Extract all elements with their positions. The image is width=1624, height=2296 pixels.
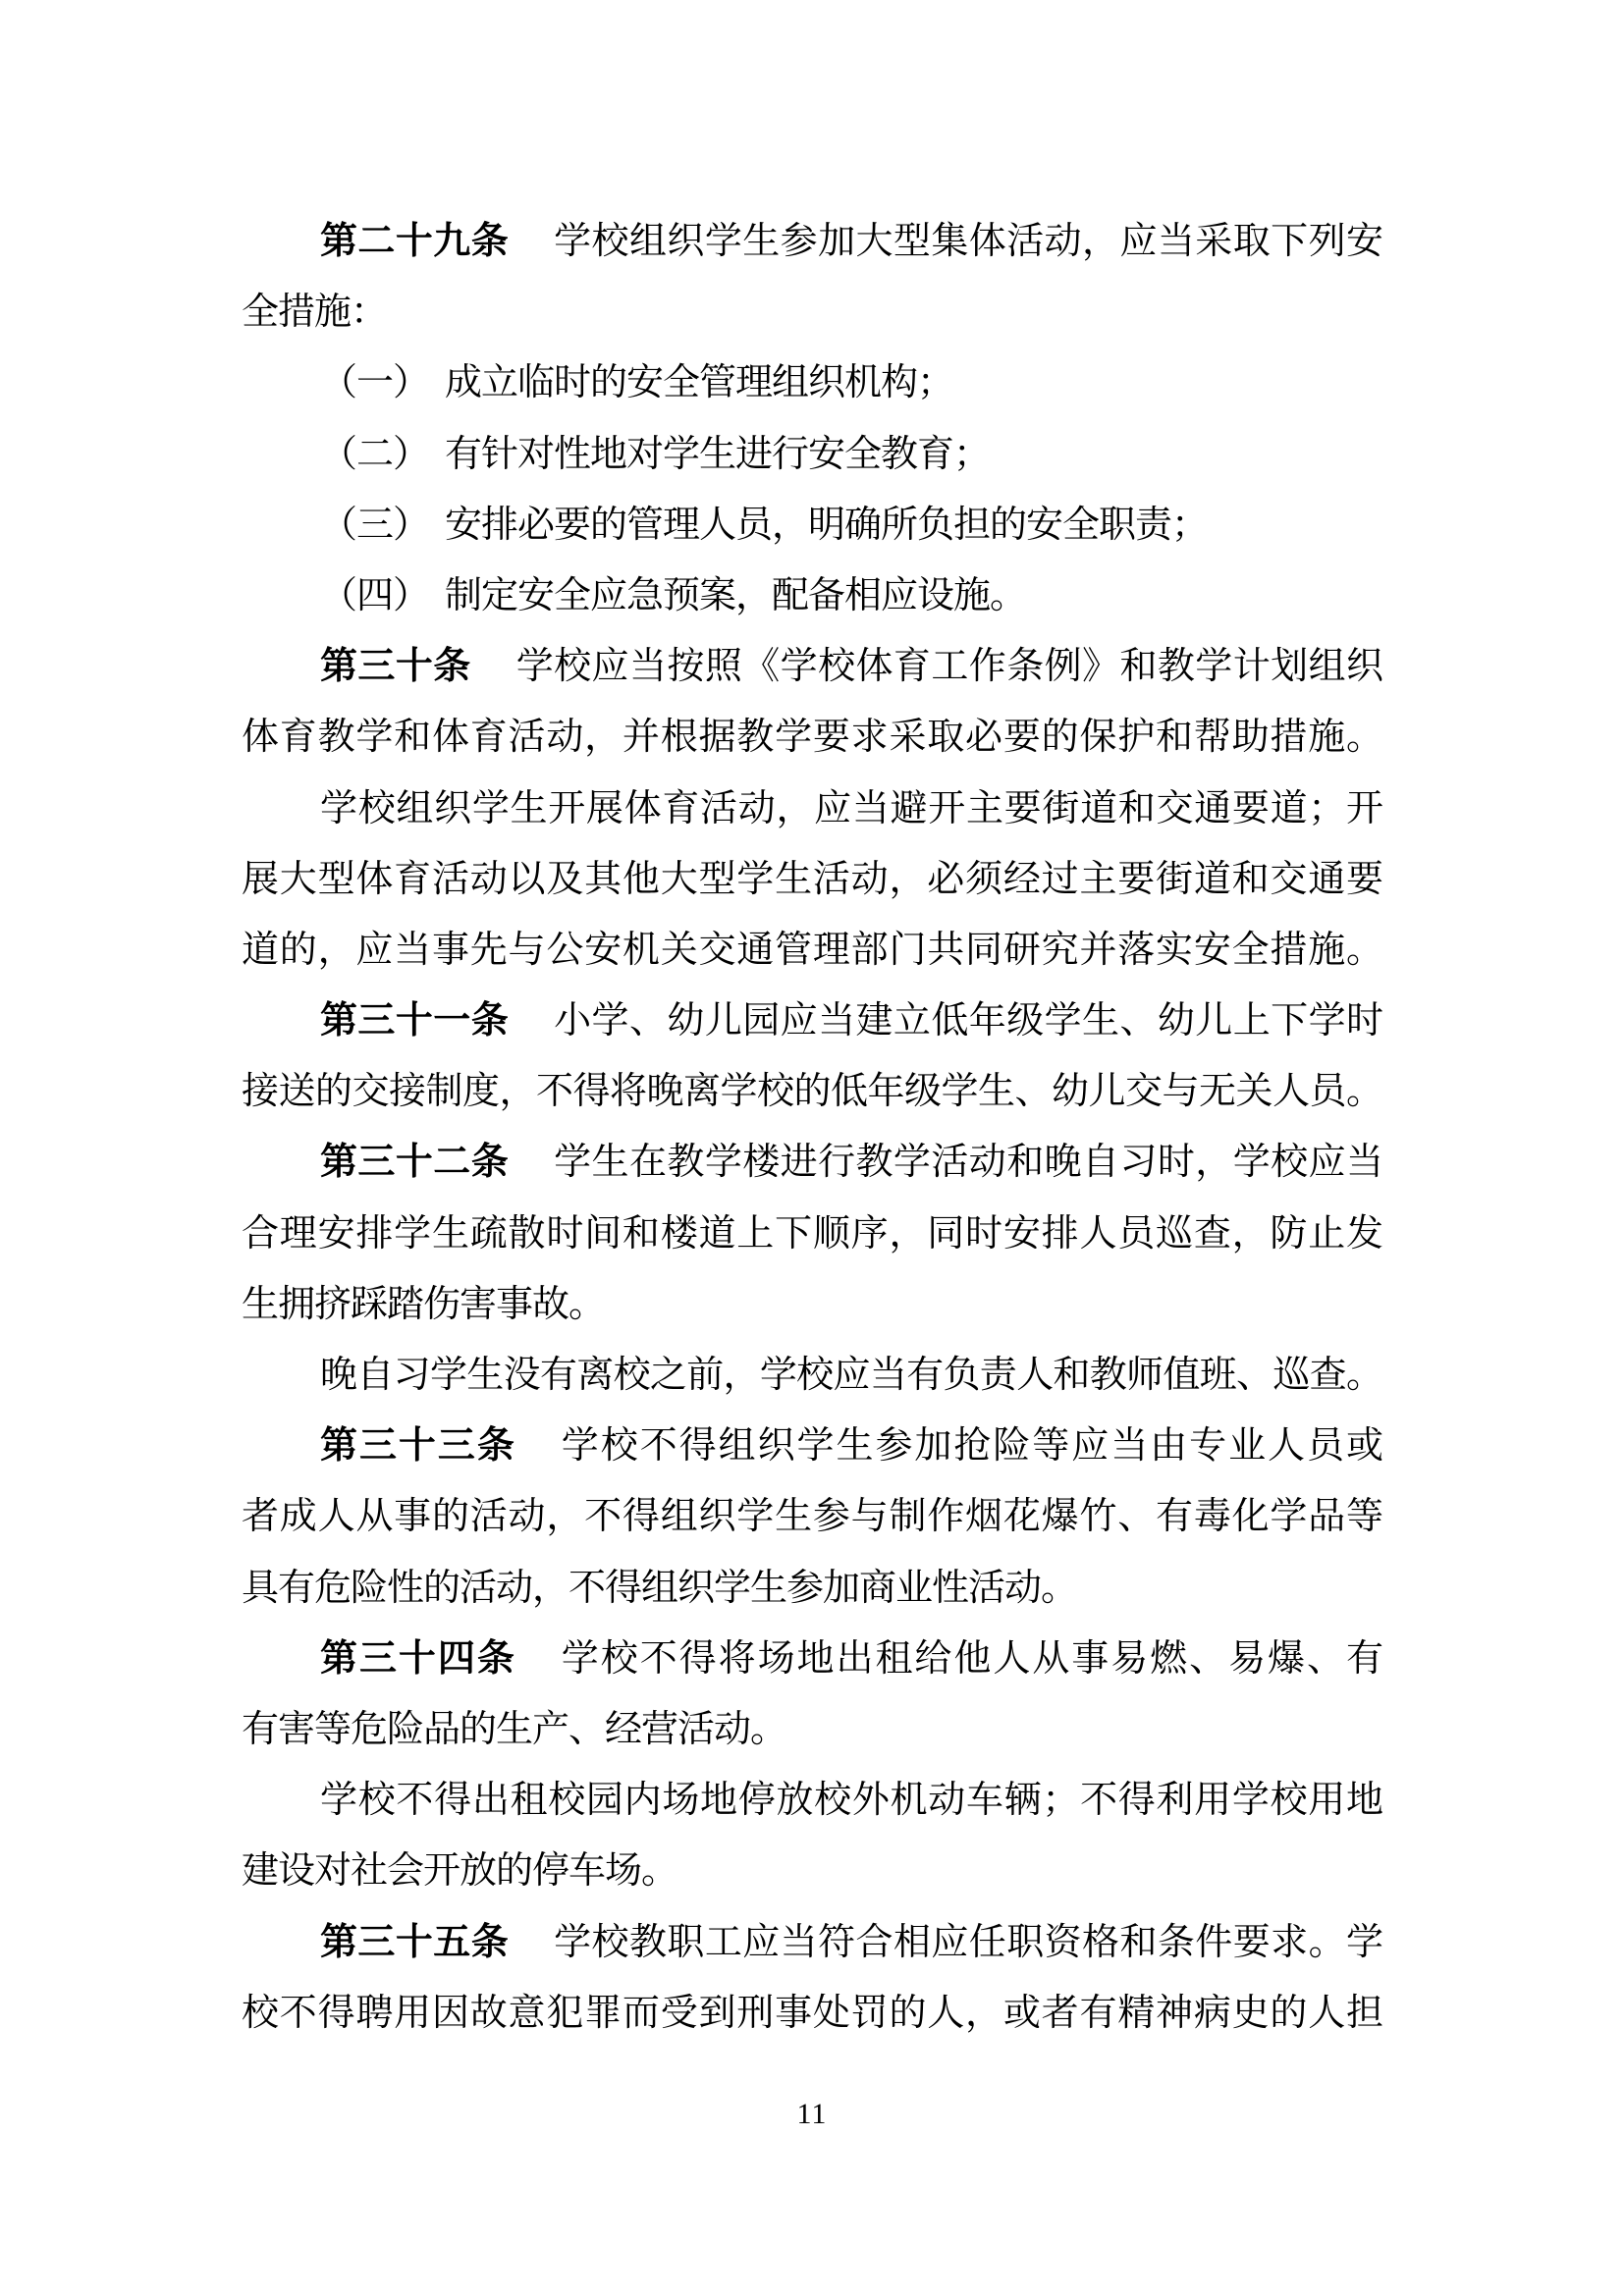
article-number: 第三十二条 xyxy=(320,1142,509,1183)
article-number: 第三十一条 xyxy=(320,1000,509,1041)
line-text: 学生在教学楼进行教学活动和晚自习时，学校应当 xyxy=(554,1142,1382,1183)
text-line: 展大型体育活动以及其他大型学生活动，必须经过主要街道和交通要 xyxy=(242,844,1382,915)
text-line: 校不得聘用因故意犯罪而受到刑事处罚的人，或者有精神病史的人担 xyxy=(242,1978,1382,2049)
text-line: 学校不得出租校园内场地停放校外机动车辆；不得利用学校用地 xyxy=(242,1765,1382,1836)
text-line: 第三十二条学生在教学楼进行教学活动和晚自习时，学校应当 xyxy=(242,1127,1382,1198)
text-line: 第三十四条学校不得将场地出租给他人从事易燃、易爆、有毒、 xyxy=(242,1624,1382,1694)
text-line: 第三十五条学校教职工应当符合相应任职资格和条件要求。学 xyxy=(242,1907,1382,1978)
text-line: （四）制定安全应急预案，配备相应设施。 xyxy=(242,561,1382,631)
line-text: 学校不得组织学生参加抢险等应当由专业人员或 xyxy=(562,1425,1382,1467)
document-page: 第二十九条学校组织学生参加大型集体活动，应当采取下列安全措施：（一）成立临时的安… xyxy=(0,0,1624,2296)
text-line: 第三十三条学校不得组织学生参加抢险等应当由专业人员或 xyxy=(242,1411,1382,1481)
line-text: 小学、幼儿园应当建立低年级学生、幼儿上下学时 xyxy=(554,1000,1382,1041)
text-line: 学校组织学生开展体育活动，应当避开主要街道和交通要道；开 xyxy=(242,774,1382,844)
text-line: 第三十条学校应当按照《学校体育工作条例》和教学计划组织 xyxy=(242,631,1382,702)
text-line: 建设对社会开放的停车场。 xyxy=(242,1836,1382,1906)
document-body: 第二十九条学校组织学生参加大型集体活动，应当采取下列安全措施：（一）成立临时的安… xyxy=(242,206,1382,2049)
line-text: 具有危险性的活动，不得组织学生参加商业性活动。 xyxy=(242,1568,1077,1609)
text-line: 体育教学和体育活动，并根据教学要求采取必要的保护和帮助措施。 xyxy=(242,702,1382,773)
text-line: （三）安排必要的管理人员，明确所负担的安全职责； xyxy=(242,490,1382,561)
list-marker: （二） xyxy=(320,434,429,475)
line-text: 有针对性地对学生进行安全教育； xyxy=(445,434,990,475)
line-text: 生拥挤踩踏伤害事故。 xyxy=(242,1284,605,1325)
line-text: 学校应当按照《学校体育工作条例》和教学计划组织 xyxy=(516,646,1382,687)
article-number: 第三十五条 xyxy=(320,1922,509,1963)
list-marker: （四） xyxy=(320,575,429,616)
text-line: 道的，应当事先与公安机关交通管理部门共同研究并落实安全措施。 xyxy=(242,915,1382,986)
line-text: 体育教学和体育活动，并根据教学要求采取必要的保护和帮助措施。 xyxy=(242,717,1382,758)
list-marker: （三） xyxy=(320,505,429,546)
text-line: 第二十九条学校组织学生参加大型集体活动，应当采取下列安 xyxy=(242,206,1382,277)
text-line: 者成人从事的活动，不得组织学生参与制作烟花爆竹、有毒化学品等 xyxy=(242,1481,1382,1552)
line-text: 合理安排学生疏散时间和楼道上下顺序，同时安排人员巡查，防止发 xyxy=(242,1213,1382,1255)
text-line: 有害等危险品的生产、经营活动。 xyxy=(242,1694,1382,1765)
line-text: 全措施： xyxy=(242,292,387,333)
text-line: 具有危险性的活动，不得组织学生参加商业性活动。 xyxy=(242,1553,1382,1624)
text-line: 第三十一条小学、幼儿园应当建立低年级学生、幼儿上下学时 xyxy=(242,986,1382,1056)
text-line: 接送的交接制度，不得将晚离学校的低年级学生、幼儿交与无关人员。 xyxy=(242,1056,1382,1127)
text-line: 晚自习学生没有离校之前，学校应当有负责人和教师值班、巡查。 xyxy=(242,1340,1382,1411)
line-text: 展大型体育活动以及其他大型学生活动，必须经过主要街道和交通要 xyxy=(242,859,1382,900)
text-line: 合理安排学生疏散时间和楼道上下顺序，同时安排人员巡查，防止发 xyxy=(242,1199,1382,1269)
article-number: 第三十条 xyxy=(320,646,471,687)
line-text: 学校教职工应当符合相应任职资格和条件要求。学 xyxy=(554,1922,1382,1963)
line-text: 学校不得出租校园内场地停放校外机动车辆；不得利用学校用地 xyxy=(320,1780,1382,1821)
page-number: 11 xyxy=(0,2097,1624,2132)
line-text: 学校组织学生开展体育活动，应当避开主要街道和交通要道；开 xyxy=(320,788,1382,829)
line-text: 接送的交接制度，不得将晚离学校的低年级学生、幼儿交与无关人员。 xyxy=(242,1071,1382,1112)
article-number: 第二十九条 xyxy=(320,221,509,262)
line-text: 制定安全应急预案，配备相应设施。 xyxy=(445,575,1026,616)
text-line: 生拥挤踩踏伤害事故。 xyxy=(242,1269,1382,1340)
line-text: 道的，应当事先与公安机关交通管理部门共同研究并落实安全措施。 xyxy=(242,930,1382,971)
line-text: 有害等危险品的生产、经营活动。 xyxy=(242,1709,786,1750)
line-text: 安排必要的管理人员，明确所负担的安全职责； xyxy=(445,505,1208,546)
text-line: （二）有针对性地对学生进行安全教育； xyxy=(242,419,1382,490)
line-text: 晚自习学生没有离校之前，学校应当有负责人和教师值班、巡查。 xyxy=(320,1355,1382,1396)
line-text: 成立临时的安全管理组织机构； xyxy=(445,362,953,403)
text-line: 全措施： xyxy=(242,277,1382,347)
line-text: 建设对社会开放的停车场。 xyxy=(242,1850,677,1892)
line-text: 者成人从事的活动，不得组织学生参与制作烟花爆竹、有毒化学品等 xyxy=(242,1496,1382,1537)
list-marker: （一） xyxy=(320,362,429,403)
text-line: （一）成立临时的安全管理组织机构； xyxy=(242,347,1382,418)
line-text: 校不得聘用因故意犯罪而受到刑事处罚的人，或者有精神病史的人担 xyxy=(242,1993,1382,2034)
line-text: 学校组织学生参加大型集体活动，应当采取下列安 xyxy=(554,221,1382,262)
article-number: 第三十四条 xyxy=(320,1638,516,1680)
article-number: 第三十三条 xyxy=(320,1425,516,1467)
